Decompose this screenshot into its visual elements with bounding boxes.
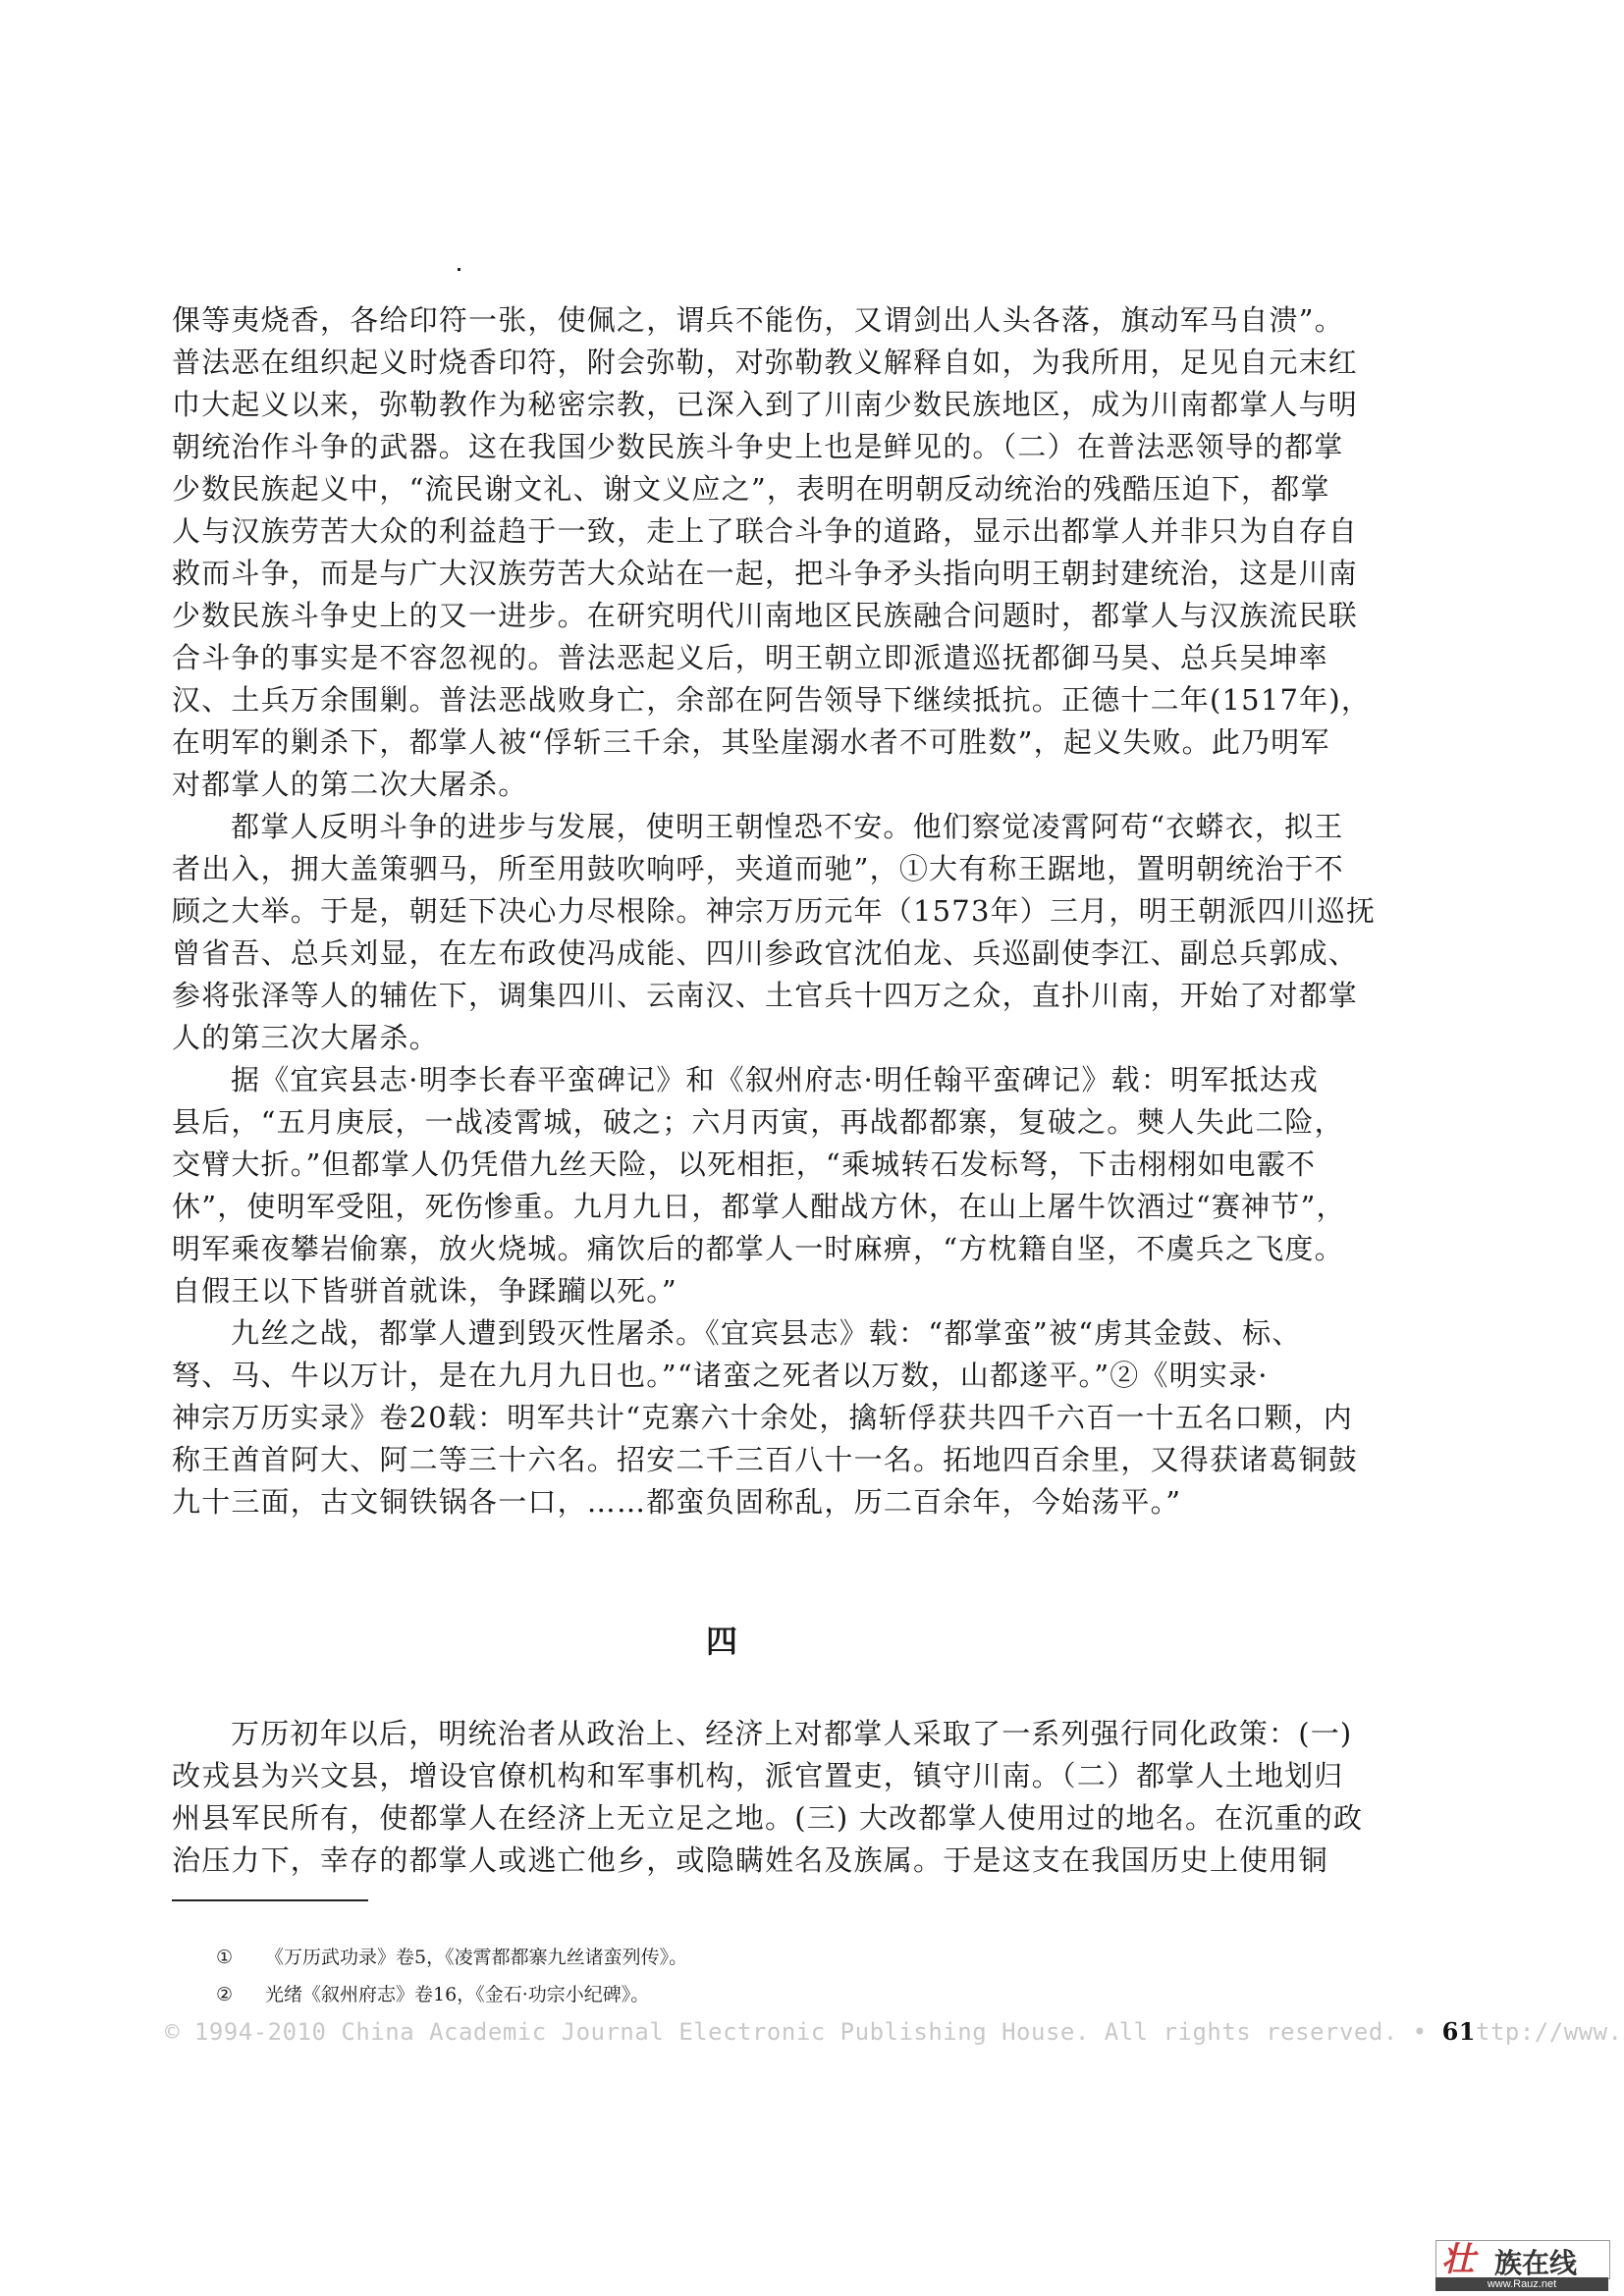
footnote-1: ① 《万历武功录》卷5，《凌霄都都寨九丝诸蛮列传》。	[216, 1939, 687, 1976]
text-line: 万历初年以后，明统治者从政治上、经济上对都掌人采取了一系列强行同化政策：(一)	[172, 1713, 1478, 1755]
text-line: 人的第三次大屠杀。	[172, 1017, 1478, 1059]
body-text: 倮等夷烧香，各给印符一张，使佩之，谓兵不能伤，又谓剑出人头各落，旗动军马自溃”。…	[172, 299, 1478, 1523]
copyright-footer: © 1994-2010 China Academic Journal Elect…	[165, 2017, 1624, 2046]
section-body-text: 万历初年以后，明统治者从政治上、经济上对都掌人采取了一系列强行同化政策：(一)改…	[172, 1713, 1478, 1882]
text-line: 弩、马、牛以万计，是在九月九日也。”“诸蛮之死者以万数，山都遂平。”②《明实录·	[172, 1355, 1478, 1397]
text-line: 在明军的剿杀下，都掌人被“俘斩三千余，其坠崖溺水者不可胜数”，起义失败。此乃明军	[172, 721, 1478, 764]
text-line: 少数民族起义中，“流民谢文礼、谢文义应之”，表明在明朝反动统治的残酷压迫下，都掌	[172, 468, 1478, 510]
text-line: 者出入，拥大盖策驷马，所至用鼓吹响呼，夹道而驰”，①大有称王踞地，置明朝统治于不	[172, 848, 1478, 890]
text-line: 汉、土兵万余围剿。普法恶战败身亡，余部在阿告领导下继续抵抗。正德十二年(1517…	[172, 679, 1478, 721]
text-line: 自假王以下皆骈首就诛，争蹂躏以死。”	[172, 1270, 1478, 1312]
document-page: 倮等夷烧香，各给印符一张，使佩之，谓兵不能伤，又谓剑出人头各落，旗动军马自溃”。…	[0, 0, 1624, 2296]
text-line: 据《宜宾县志·明李长春平蛮碑记》和《叙州府志·明任翰平蛮碑记》载：明军抵达戎	[172, 1059, 1478, 1101]
text-line: 县后，“五月庚辰，一战凌霄城，破之；六月丙寅，再战都都寨，复破之。僰人失此二险，	[172, 1101, 1478, 1144]
logo-glyph-icon: 壮	[1441, 2232, 1475, 2280]
text-line: 巾大起义以来，弥勒教作为秘密宗教，已深入到了川南少数民族地区，成为川南都掌人与明	[172, 384, 1478, 426]
logo-url: www.Rauz.net	[1435, 2277, 1608, 2291]
text-line: 治压力下，幸存的都掌人或逃亡他乡，或隐瞒姓名及族属。于是这支在我国历史上使用铜	[172, 1840, 1478, 1882]
scan-speck	[458, 268, 460, 271]
text-line: 交臂大折。”但都掌人仍凭借九丝天险，以死相拒，“乘城转石发标弩，下击栩栩如电霰不	[172, 1144, 1478, 1186]
text-line: 人与汉族劳苦大众的利益趋于一致，走上了联合斗争的道路，显示出都掌人并非只为自存自	[172, 510, 1478, 553]
logo-name: 族在线	[1494, 2242, 1577, 2281]
text-line: 休”，使明军受阻，死伤惨重。九月九日，都掌人酣战方休，在山上屠牛饮酒过“赛神节”…	[172, 1186, 1478, 1228]
footnotes: ① 《万历武功录》卷5，《凌霄都都寨九丝诸蛮列传》。 ② 光绪《叙州府志》卷16…	[216, 1939, 687, 2013]
text-line: 九丝之战，都掌人遭到毁灭性屠杀。《宜宾县志》载：“都掌蛮”被“虏其金鼓、标、	[172, 1312, 1478, 1355]
text-line: 改戎县为兴文县，增设官僚机构和军事机构，派官置吏，镇守川南。（二）都掌人土地划归	[172, 1755, 1478, 1797]
watermark-logo: 壮 族在线 www.Rauz.net	[1435, 2240, 1608, 2289]
page-number: 61	[1442, 2017, 1476, 2046]
text-line: 合斗争的事实是不容忽视的。普法恶起义后，明王朝立即派遣巡抚都御马昊、总兵吴坤率	[172, 637, 1478, 679]
text-line: 参将张泽等人的辅佐下，调集四川、云南汉、土官兵十四万之众，直扑川南，开始了对都掌	[172, 975, 1478, 1017]
text-line: 州县军民所有，使都掌人在经济上无立足之地。(三) 大改都掌人使用过的地名。在沉重…	[172, 1797, 1478, 1840]
text-line: 少数民族斗争史上的又一进步。在研究明代川南地区民族融合问题时，都掌人与汉族流民联	[172, 595, 1478, 637]
text-line: 明军乘夜攀岩偷寨，放火烧城。痛饮后的都掌人一时麻痹，“方枕籍自坚，不虞兵之飞度。	[172, 1228, 1478, 1270]
text-line: 对都掌人的第二次大屠杀。	[172, 764, 1478, 806]
text-line: 都掌人反明斗争的进步与发展，使明王朝惶恐不安。他们察觉凌霄阿苟“衣蟒衣，拟王	[172, 806, 1478, 848]
text-line: 救而斗争，而是与广大汉族劳苦大众站在一起，把斗争矛头指向明王朝封建统治，这是川南	[172, 553, 1478, 595]
text-line: 朝统治作斗争的武器。这在我国少数民族斗争史上也是鲜见的。（二）在普法恶领导的都掌	[172, 426, 1478, 468]
text-line: 曾省吾、总兵刘显，在左布政使冯成能、四川参政官沈伯龙、兵巡副使李江、副总兵郭成、	[172, 933, 1478, 975]
text-line: 倮等夷烧香，各给印符一张，使佩之，谓兵不能伤，又谓剑出人头各落，旗动军马自溃”。	[172, 299, 1478, 342]
text-line: 称王酋首阿大、阿二等三十六名。招安二千三百八十一名。拓地四百余里，又得获诸葛铜鼓	[172, 1439, 1478, 1481]
text-line: 神宗万历实录》卷20载：明军共计“克寨六十余处，擒斩俘获共四千六百一十五名口颗，…	[172, 1397, 1478, 1439]
footnote-divider	[172, 1899, 368, 1901]
text-line: 普法恶在组织起义时烧香印符，附会弥勒，对弥勒教义解释自如，为我所用，足见自元末红	[172, 342, 1478, 384]
footnote-2: ② 光绪《叙州府志》卷16，《金石·功宗小纪碑》。	[216, 1976, 687, 2013]
text-line: 九十三面，古文铜铁锅各一口，……都蛮负固称乱，历二百余年，今始荡平。”	[172, 1481, 1478, 1523]
section-heading: 四	[692, 1620, 751, 1664]
text-line: 顾之大举。于是，朝廷下决心力尽根除。神宗万历元年（1573年）三月，明王朝派四川…	[172, 890, 1478, 933]
